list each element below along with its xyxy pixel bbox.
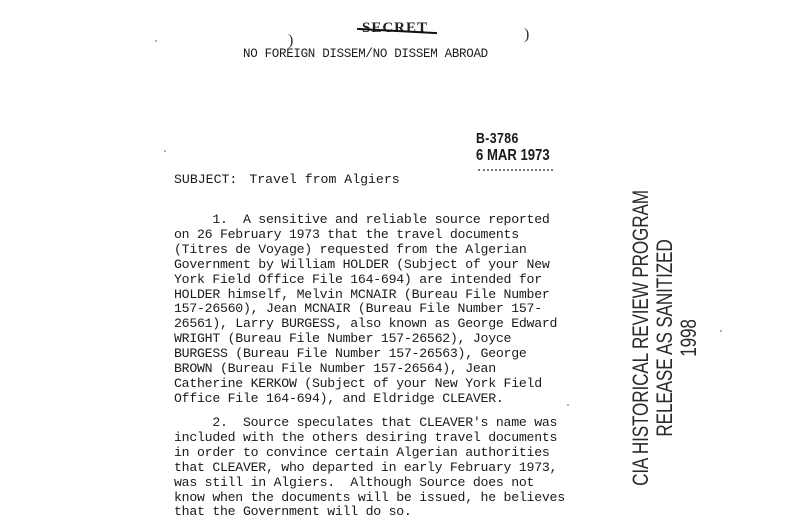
scan-speck <box>164 150 166 152</box>
bracket-mark-right: ) <box>524 26 529 44</box>
paragraph-line: that CLEAVER, who departed in early Febr… <box>174 461 614 476</box>
subject-line: SUBJECT:Travel from Algiers <box>174 172 400 187</box>
paragraph-line: Catherine KERKOW (Subject of your New Yo… <box>174 377 614 392</box>
paragraph-line: (Titres de Voyage) requested from the Al… <box>174 243 614 258</box>
paragraph-line: 2. Source speculates that CLEAVER's name… <box>174 416 614 431</box>
paragraph-line: Government by William HOLDER (Subject of… <box>174 258 614 273</box>
paragraph-line: know when the documents will be issued, … <box>174 491 614 506</box>
paragraph-line: WRIGHT (Bureau File Number 157-26562), J… <box>174 332 614 347</box>
paragraph-line: that the Government will do so. <box>174 505 614 520</box>
paragraph-line: 157-26560), Jean MCNAIR (Bureau File Num… <box>174 302 614 317</box>
paragraph-line: HOLDER himself, Melvin MCNAIR (Bureau Fi… <box>174 288 614 303</box>
handling-caveat: NO FOREIGN DISSEM/NO DISSEM ABROAD <box>243 47 488 61</box>
subject-label: SUBJECT: <box>174 172 237 187</box>
paragraph-1: 1. A sensitive and reliable source repor… <box>174 213 614 407</box>
release-stamp-line-1: CIA HISTORICAL REVIEW PROGRAM <box>629 190 653 486</box>
paragraph-line: Office File 164-694), and Eldridge CLEAV… <box>174 392 614 407</box>
release-stamp: CIA HISTORICAL REVIEW PROGRAM RELEASE AS… <box>629 148 701 524</box>
paragraph-line: 1. A sensitive and reliable source repor… <box>174 213 614 228</box>
classification-marking: SECRET <box>345 20 445 37</box>
reference-stamp: B-3786 6 MAR 1973 <box>476 130 550 165</box>
paragraph-line: 26561), Larry BURGESS, also known as Geo… <box>174 317 614 332</box>
paragraph-line: BROWN (Bureau File Number 157-26564), Je… <box>174 362 614 377</box>
reference-number: B-3786 <box>476 130 550 147</box>
paragraph-line: on 26 February 1973 that the travel docu… <box>174 228 614 243</box>
paragraph-2: 2. Source speculates that CLEAVER's name… <box>174 416 614 520</box>
paragraph-line: included with the others desiring travel… <box>174 431 614 446</box>
paragraph-line: was still in Algiers. Although Source do… <box>174 476 614 491</box>
declassified-document-page: SECRET ) ) NO FOREIGN DISSEM/NO DISSEM A… <box>0 0 800 524</box>
paragraph-line: BURGESS (Bureau File Number 157-26563), … <box>174 347 614 362</box>
date-stamp: 6 MAR 1973 <box>476 147 550 165</box>
scan-speck <box>567 404 569 406</box>
paragraph-line: in order to convince certain Algerian au… <box>174 446 614 461</box>
paragraph-line: York Field Office File 164-694) are inte… <box>174 273 614 288</box>
release-stamp-line-2: RELEASE AS SANITIZED <box>653 190 677 486</box>
faint-stamp-residue <box>478 169 553 172</box>
scan-speck <box>155 40 157 42</box>
release-stamp-line-3: 1998 <box>677 190 701 486</box>
subject-text: Travel from Algiers <box>249 172 399 187</box>
scan-speck <box>720 330 722 332</box>
